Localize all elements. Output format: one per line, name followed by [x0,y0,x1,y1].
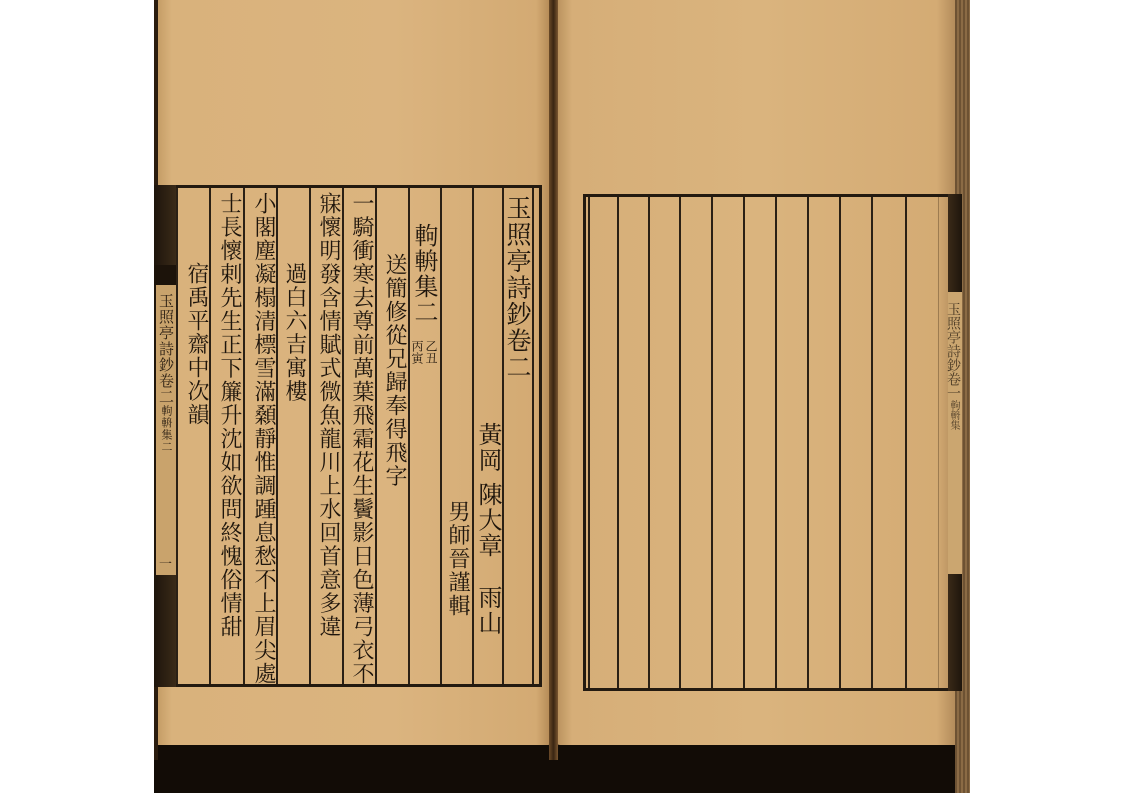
author-name: 陳大章 [473,482,503,559]
fold-book-title: 玉照亭詩鈔卷二軥輈集二 [157,293,175,453]
poem-line: 士長懷剌先生正下簾升沈如欲問終愧俗情甜 [210,192,240,639]
column-rule [711,197,713,688]
fold-section: 軥輈集 [948,400,959,430]
dotted-margin-rule [938,197,939,688]
fold-page-number: 一 [159,553,172,572]
poem-title: 送簡修從兄歸奉得飛字 [377,253,407,488]
fishtail-mark [154,265,176,285]
compiler-credit: 男師晉謹輯 [441,500,471,618]
collection-title: 軥輈集二 [409,223,439,325]
book-title: 玉照亭詩鈔卷二 [503,195,533,381]
year-note-2: 丙寅 [410,340,424,364]
poem-title: 過白六吉寓樓 [277,262,307,403]
year-note-1: 乙丑 [424,340,438,364]
right-fold-margin: 玉照亭詩鈔卷一軥輈集 [948,194,962,691]
column-rule [617,197,619,688]
poem-line: 小閣塵凝榻清標雪滿顙靜惟調踵息愁不上眉尖處 [244,192,274,686]
column-rule [775,197,777,688]
book-gutter [549,0,558,760]
poem-line: 一騎衝寒去尊前萬葉飛霜花生鬢影日色薄弓衣不 [343,192,373,686]
column-rule [839,197,841,688]
author-place: 黃岡 [473,422,503,473]
column-rule [905,197,907,688]
author-style-name: 雨山 [473,585,503,636]
column-rule [588,197,590,688]
left-fold-margin: 玉照亭詩鈔卷二軥輈集二 一 [154,185,176,687]
column-rule [807,197,809,688]
column-rule [648,197,650,688]
column-rule [679,197,681,688]
poem-line: 寐懷明發含情賦式微魚龍川上水回首意多違 [310,192,340,639]
column-rule [871,197,873,688]
column-rule [743,197,745,688]
poem-title: 宿禹平齋中次韻 [178,262,208,427]
fold-section: 軥輈集二 [160,405,173,453]
right-page-border-frame [583,194,948,691]
fold-book-title: 玉照亭詩鈔卷一軥輈集 [946,302,962,430]
